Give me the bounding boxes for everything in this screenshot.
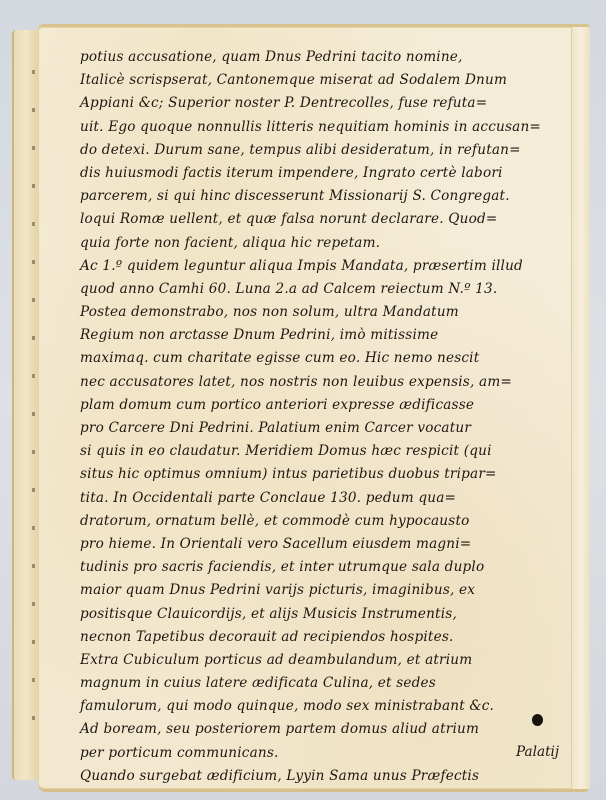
text-line-19: situs hic optimus omnium) intus parietib… bbox=[80, 463, 550, 486]
text-line-3: Appiani &c; Superior noster P. Dentrecol… bbox=[80, 92, 550, 115]
ink-blot bbox=[532, 714, 543, 726]
text-line-15: nec accusatores latet, nos nostris non l… bbox=[80, 371, 550, 394]
manuscript-scan: potius accusatione, quam Dnus Pedrini ta… bbox=[0, 0, 606, 800]
text-line-16: plam domum cum portico anteriori express… bbox=[80, 394, 550, 417]
signature-line: Palatij bbox=[516, 744, 559, 760]
text-line-2: Italicè scrispserat, Cantonemque miserat… bbox=[80, 69, 550, 92]
text-line-11: quod anno Camhi 60. Luna 2.a ad Calcem r… bbox=[80, 278, 550, 301]
text-line-23: tudinis pro sacris faciendis, et inter u… bbox=[80, 556, 550, 579]
text-line-8: loqui Romæ uellent, et quæ falsa norunt … bbox=[80, 208, 550, 231]
text-line-4: uit. Ego quoque nonnullis litteris nequi… bbox=[80, 116, 550, 139]
text-line-26: necnon Tapetibus decorauit ad recipiendo… bbox=[80, 626, 550, 649]
manuscript-text: potius accusatione, quam Dnus Pedrini ta… bbox=[80, 46, 550, 788]
text-line-5: do detexi. Durum sane, tempus alibi desi… bbox=[80, 139, 550, 162]
text-line-18: si quis in eo claudatur. Meridiem Domus … bbox=[80, 440, 550, 463]
text-line-17: pro Carcere Dni Pedrini. Palatium enim C… bbox=[80, 417, 550, 440]
text-line-12: Postea demonstrabo, nos non solum, ultra… bbox=[80, 301, 550, 324]
text-line-32: Quando surgebat ædificium, Lyyin Sama un… bbox=[80, 765, 550, 788]
text-line-7: parcerem, si qui hinc discesserunt Missi… bbox=[80, 185, 550, 208]
text-line-24: maior quam Dnus Pedrini varijs picturis,… bbox=[80, 579, 550, 602]
text-line-29: famulorum, qui modo quinque, modo sex mi… bbox=[80, 695, 550, 718]
text-line-25: positisque Clauicordijs, et alijs Musici… bbox=[80, 603, 550, 626]
text-line-6: dis huiusmodi factis iterum impendere, I… bbox=[80, 162, 550, 185]
text-line-13: Regium non arctasse Dnum Pedrini, imò mi… bbox=[80, 324, 550, 347]
page-fold-edge bbox=[571, 27, 590, 789]
text-line-20: tita. In Occidentali parte Conclaue 130.… bbox=[80, 487, 550, 510]
text-line-10: Ac 1.º quidem leguntur aliqua Impis Mand… bbox=[80, 255, 550, 278]
text-line-28: magnum in cuius latere ædificata Culina,… bbox=[80, 672, 550, 695]
text-line-30: Ad boream, seu posteriorem partem domus … bbox=[80, 718, 550, 741]
text-line-21: dratorum, ornatum bellè, et commodè cum … bbox=[80, 510, 550, 533]
text-line-14: maximaq. cum charitate egisse cum eo. Hi… bbox=[80, 347, 550, 370]
text-line-27: Extra Cubiculum porticus ad deambulandum… bbox=[80, 649, 550, 672]
text-line-22: pro hieme. In Orientali vero Sacellum ei… bbox=[80, 533, 550, 556]
text-line-9: quia forte non facient, aliqua hic repet… bbox=[80, 232, 550, 255]
text-line-1: potius accusatione, quam Dnus Pedrini ta… bbox=[80, 46, 550, 69]
text-line-31: per porticum communicans. bbox=[80, 742, 550, 765]
